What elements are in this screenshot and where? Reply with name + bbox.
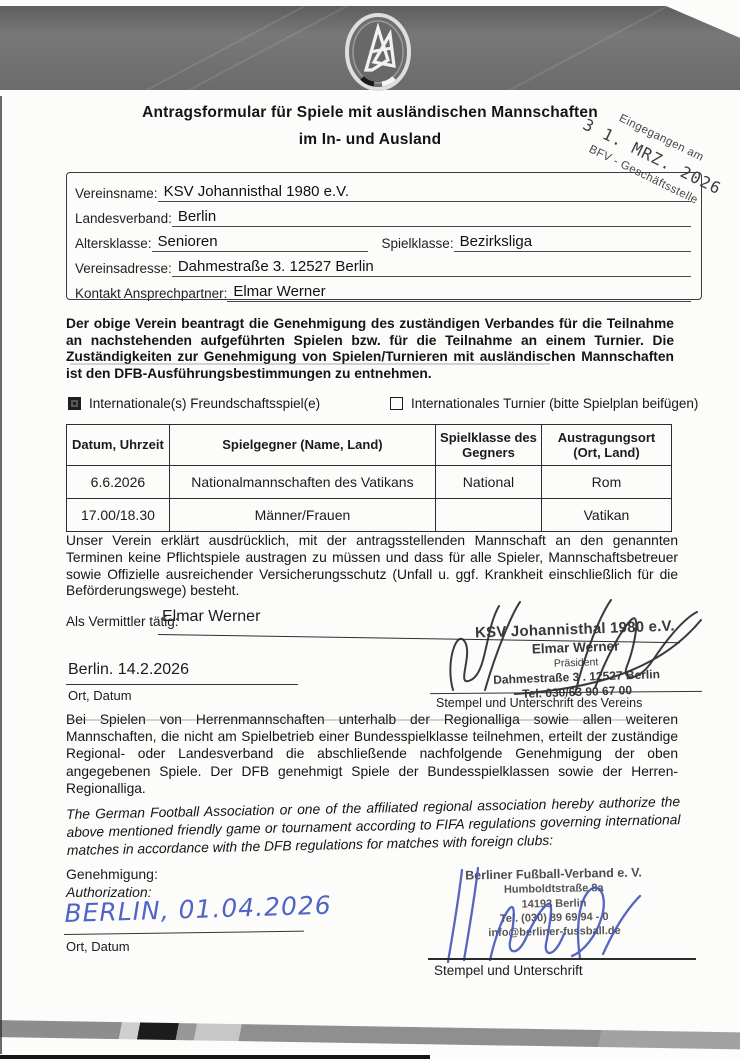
club-place-date-caption: Ort, Datum [68, 688, 132, 703]
vereinsname-value: KSV Johannisthal 1980 e.V. [158, 184, 691, 203]
bfv-signature [428, 862, 663, 970]
altersklasse-label: Altersklasse: [75, 236, 152, 252]
mediator-value: Elmar Werner [162, 608, 260, 626]
cell-austragungsort: Rom [541, 466, 671, 499]
banner-streak [494, 0, 707, 99]
tournament-option: Internationales Turnier (bitte Spielplan… [390, 396, 698, 411]
handwritten-place-date-line [64, 931, 304, 935]
col-header-datum: Datum, Uhrzeit [67, 425, 170, 466]
match-table: Datum, Uhrzeit Spielgegner (Name, Land) … [66, 424, 672, 532]
altersklasse-value: Senioren [152, 234, 368, 253]
field-row-vereinsadresse: Vereinsadresse: Dahmestraße 3. 12527 Ber… [75, 253, 691, 277]
authorization-label-de: Genehmigung: [66, 866, 158, 882]
footer-banner [0, 1020, 740, 1050]
cell-datum: 6.6.2026 [67, 466, 170, 499]
scan-edge-left [0, 96, 2, 1054]
col-header-spielgegner: Spielgegner (Name, Land) [169, 425, 435, 466]
kontakt-label: Kontakt Ansprechpartner: [75, 286, 227, 302]
cell-spielgegner: Nationalmannschaften des Vatikans [169, 466, 435, 499]
bfv-signature-caption: Stempel und Unterschrift [434, 963, 583, 978]
vereinsname-label: Vereinsname: [75, 186, 158, 202]
request-paragraph: Der obige Verein beantragt die Genehmigu… [66, 316, 674, 382]
checked-checkbox-icon [68, 397, 81, 410]
landesverband-label: Landesverband: [75, 211, 172, 227]
unchecked-checkbox-icon [390, 397, 403, 410]
cell-spielklasse: National [436, 466, 542, 499]
scan-fold-artifact [70, 363, 550, 365]
field-row-landesverband: Landesverband: Berlin [75, 203, 691, 227]
vereinsadresse-label: Vereinsadresse: [75, 261, 172, 277]
tournament-label: Internationales Turnier (bitte Spielplan… [411, 396, 698, 411]
friendly-match-option: Internationale(s) Freundschaftsspiel(e) [68, 396, 320, 411]
friendly-match-label: Internationale(s) Freundschaftsspiel(e) [89, 396, 320, 411]
scan-edge-bottom [0, 1055, 430, 1059]
vereinsadresse-value: Dahmestraße 3. 12527 Berlin [172, 259, 691, 278]
scan-fold-artifact [68, 719, 628, 721]
club-info-box: Vereinsname: KSV Johannisthal 1980 e.V. … [66, 172, 702, 300]
dfb-crest-icon [344, 12, 412, 92]
approval-paragraph-german: Bei Spielen von Herrenmannschaften unter… [66, 711, 678, 797]
kontakt-value: Elmar Werner [227, 284, 691, 303]
match-table-row: 17.00/18.30 Männer/Frauen Vatikan [67, 499, 672, 532]
handwritten-place-date-caption: Ort, Datum [66, 939, 130, 954]
cell-spielgegner: Männer/Frauen [169, 499, 435, 532]
match-table-row: 6.6.2026 Nationalmannschaften des Vatika… [67, 466, 672, 499]
landesverband-value: Berlin [172, 209, 691, 228]
col-header-spielklasse: Spielklasse des Gegners [436, 425, 542, 466]
cell-datum: 17.00/18.30 [67, 499, 170, 532]
cell-spielklasse [436, 499, 542, 532]
field-row-vereinsname: Vereinsname: KSV Johannisthal 1980 e.V. [75, 178, 691, 202]
club-place-date-line [66, 684, 298, 685]
approval-paragraph-english: The German Football Association or one o… [66, 793, 681, 860]
bfv-signature-line [428, 958, 696, 960]
match-table-header-row: Datum, Uhrzeit Spielgegner (Name, Land) … [67, 425, 672, 466]
club-place-date: Berlin. 14.2.2026 [68, 661, 189, 679]
spielklasse-label: Spielklasse: [382, 236, 454, 252]
field-row-altersklasse-spielklasse: Altersklasse: Senioren Spielklasse: Bezi… [75, 228, 691, 252]
col-header-austragungsort: Austragungsort (Ort, Land) [541, 425, 671, 466]
club-signature-caption: Stempel und Unterschrift des Vereins [436, 696, 642, 710]
field-row-kontakt: Kontakt Ansprechpartner: Elmar Werner [75, 278, 691, 302]
scanned-form-page: Antragsformular für Spiele mit ausländis… [0, 0, 740, 1059]
spielklasse-value: Bezirksliga [454, 234, 691, 253]
cell-austragungsort: Vatikan [541, 499, 671, 532]
